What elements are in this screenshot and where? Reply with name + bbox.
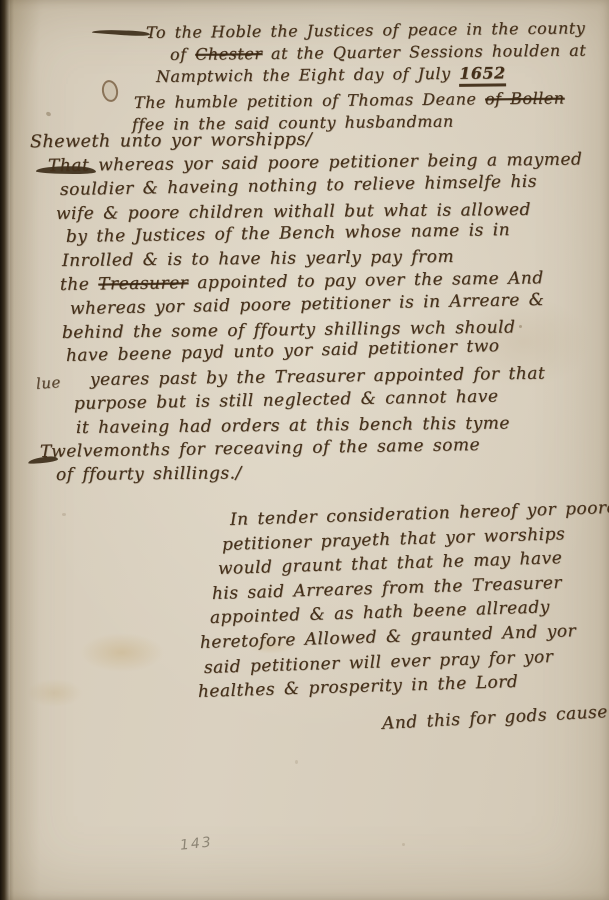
heading-text: Namptwich the Eight day of July [156,64,459,86]
paper-speck [62,513,66,516]
closing-line: And this for gods cause [382,702,609,734]
heading-line: Namptwich the Eight day of July 1652 [156,63,506,86]
heading-line: of Chester at the Quarter Sessions hould… [170,41,586,64]
petition-prayer: In tender consideration hereof yor poore… [212,510,609,707]
manuscript-line: of ffourty shillings./ [56,461,583,489]
salutation: Sheweth unto yor worshipps/ [30,130,313,152]
manuscript-page: To the Hoble the Justices of peace in th… [0,0,609,900]
heading-text: at the Quarter Sessions houlden at [262,41,586,63]
petition-body: That whereas yor said poore petitioner b… [38,156,582,489]
struck-word: Chester [195,44,262,64]
body-text: the [60,274,99,295]
struck-word: of Bollen [485,88,565,108]
ink-blot [100,79,120,103]
paper-speck [295,760,298,764]
heading-text: The humble petition of Thomas Deane [134,89,485,112]
body-text: appointed to pay over the same And [188,268,544,293]
heading-text: of [170,45,195,64]
folio-number: 143 [179,834,213,853]
year-underlined: 1652 [459,63,506,86]
struck-word: Treasurer [98,273,188,294]
heading-line: To the Hoble the Justices of peace in th… [146,18,585,42]
paper-speck [45,111,51,117]
heading-line: The humble petition of Thomas Deane of B… [134,88,565,112]
paper-speck [402,843,405,846]
pen-flourish [92,28,150,37]
